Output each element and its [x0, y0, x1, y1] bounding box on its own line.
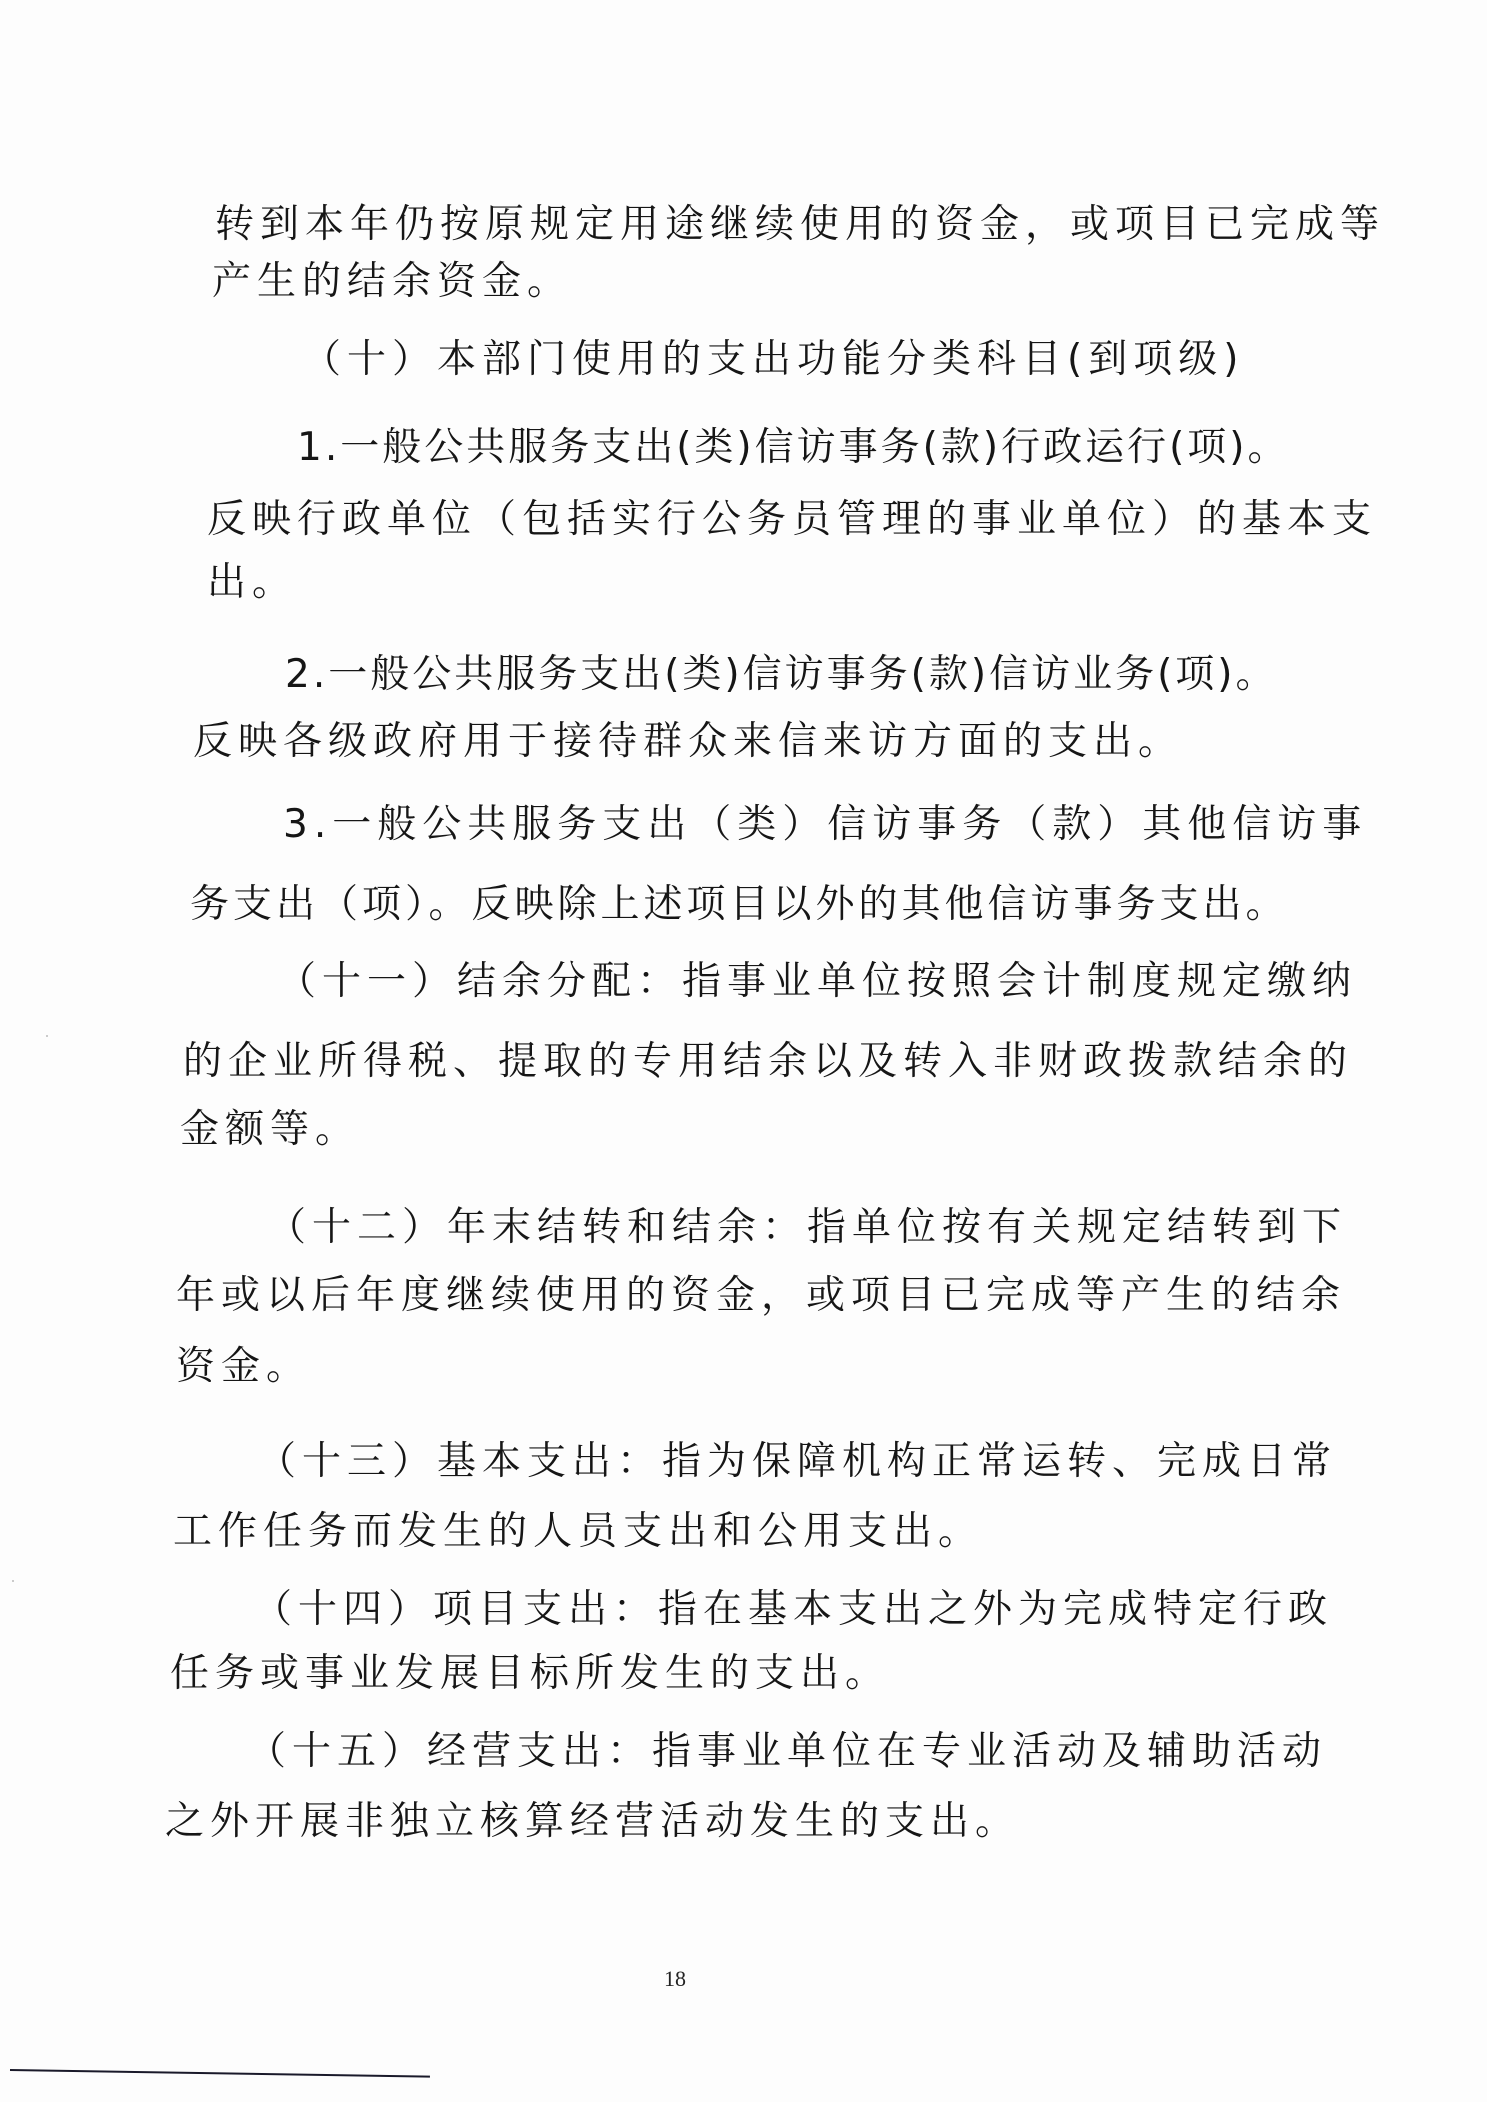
scan-artifact-line: [10, 2069, 430, 2078]
list-item-2: 2.一般公共服务支出(类)信访事务(款)信访业务(项)。: [285, 655, 1278, 694]
scan-speck: [12, 1580, 14, 1582]
page-number: 18: [664, 1966, 686, 1992]
text-line: 任务或事业发展目标所发生的支出。: [170, 1654, 890, 1693]
text-line: 产生的结余资金。: [212, 262, 572, 301]
text-line: 金额等。: [180, 1110, 360, 1149]
text-line: 转到本年仍按原规定用途继续使用的资金，或项目已完成等: [215, 205, 1385, 244]
section-heading-14: （十四）项目支出：指在基本支出之外为完成特定行政: [253, 1590, 1333, 1629]
section-heading-11: （十一）结余分配：指事业单位按照会计制度规定缴纳: [277, 962, 1357, 1001]
scan-speck: [46, 1035, 48, 1037]
section-heading-13: （十三）基本支出：指为保障机构正常运转、完成日常: [257, 1442, 1337, 1481]
section-heading-10: （十）本部门使用的支出功能分类科目(到项级): [302, 340, 1244, 379]
text-line: 资金。: [176, 1347, 311, 1386]
list-item-3: 3.一般公共服务支出（类）信访事务（款）其他信访事: [283, 805, 1367, 844]
section-heading-15: （十五）经营支出：指事业单位在专业活动及辅助活动: [247, 1732, 1327, 1771]
text-line: 年或以后年度继续使用的资金，或项目已完成等产生的结余: [176, 1276, 1346, 1315]
text-line: 的企业所得税、提取的专用结余以及转入非财政拨款结余的: [183, 1042, 1353, 1081]
text-line: 反映各级政府用于接待群众来信来访方面的支出。: [193, 722, 1183, 761]
section-heading-12: （十二）年末结转和结余：指单位按有关规定结转到下: [267, 1208, 1347, 1247]
list-item-1: 1.一般公共服务支出(类)信访事务(款)行政运行(项)。: [297, 428, 1290, 467]
text-line: 工作任务而发生的人员支出和公用支出。: [173, 1512, 983, 1551]
document-page: 转到本年仍按原规定用途继续使用的资金，或项目已完成等 产生的结余资金。 （十）本…: [0, 0, 1487, 2102]
text-line: 出。: [207, 563, 297, 602]
text-line: 反映行政单位（包括实行公务员管理的事业单位）的基本支: [207, 500, 1377, 539]
text-line: 之外开展非独立核算经营活动发生的支出。: [165, 1802, 1020, 1841]
text-line: 务支出（项）。反映除上述项目以外的其他信访事务支出。: [190, 885, 1289, 924]
